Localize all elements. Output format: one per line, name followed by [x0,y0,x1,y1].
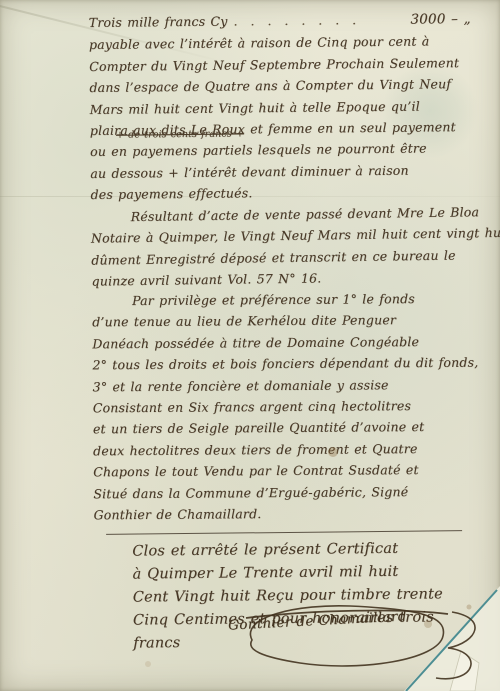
manuscript-line: deux hectolitres deux tiers de froment e… [93,438,475,462]
manuscript-line: d’une tenue au lieu de Kerhélou dite Pen… [92,309,474,333]
clause-privilege: Par privilège et préférence sur 1° le fo… [92,288,476,526]
manuscript-line: Danéach possédée à titre de Domaine Cong… [92,331,474,355]
manuscript-line: Situé dans la Commune d’Ergué-gabéric, S… [93,481,475,505]
clause-interest: payable avec l’intérêt à raison de Cinq … [89,30,473,205]
manuscript-line: et un tiers de Seigle pareille Quantité … [93,416,475,440]
manuscript-line: Cent Vingt huit Reçu pour timbre trente [133,583,477,610]
manuscript-line: 3° et la rente foncière et domaniale y a… [93,374,475,398]
amount-label: Trois mille francs Cy [89,11,228,34]
manuscript-line: 2° tous les droits et bois fonciers dépe… [92,352,474,376]
corner-notch [450,651,479,691]
manuscript-text: Trois mille francs Cy . . . . . . . . 30… [89,8,478,656]
manuscript-line: francs [133,629,477,656]
interline-insertion: + de trois cents francs + [116,129,244,140]
manuscript-line: ou en payemens partiels lesquels ne pour… [90,137,472,162]
amount-value: 3000 – „ [410,9,471,31]
manuscript-line: Chapons le tout Vendu par le Contrat Sus… [93,459,475,483]
divider-rule [106,530,462,535]
document-page: Trois mille francs Cy . . . . . . . . 30… [0,0,500,691]
manuscript-line: Par privilège et préférence sur 1° le fo… [92,288,474,312]
ink-stain [145,661,151,667]
clause-act: Résultant d’acte de vente passé devant M… [91,201,474,292]
manuscript-line: Consistant en Six francs argent cinq hec… [93,395,475,419]
manuscript-line: Gonthier de Chamaillard. [93,502,475,526]
closing-statement: Clos et arrêté le présent Certificatà Qu… [132,537,477,656]
leader-dots: . . . . . . . . [227,9,410,32]
